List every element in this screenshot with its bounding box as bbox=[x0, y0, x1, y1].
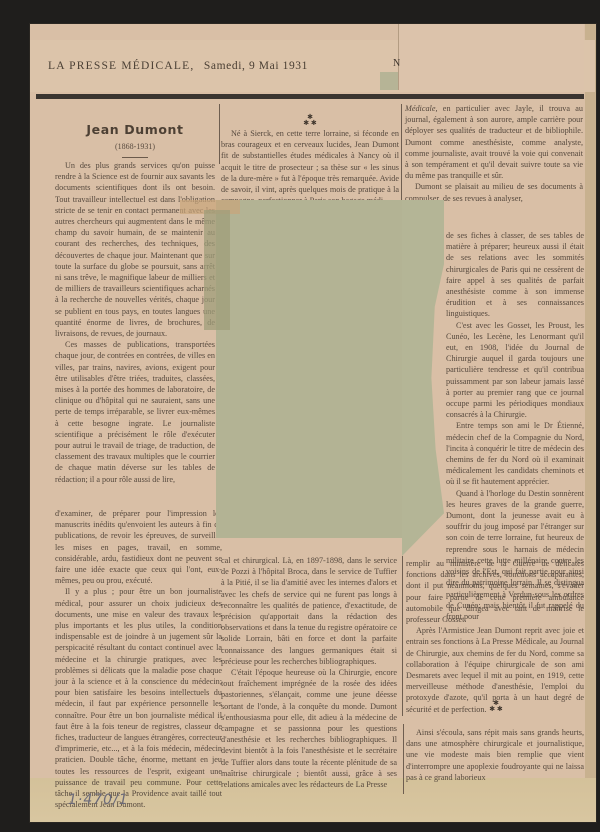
adhesive-tape-shadow bbox=[204, 210, 230, 330]
paragraph: Ainsi s'écoula, sans répit mais sans gra… bbox=[406, 727, 584, 783]
header-rule bbox=[36, 94, 584, 99]
middle-column-top: Né à Sierck, en cette terre lorraine, si… bbox=[221, 128, 399, 206]
column-rule bbox=[402, 556, 403, 716]
paragraph: remplir au ministère de la Guerre de dél… bbox=[406, 558, 584, 625]
publication-name: LA PRESSE MÉDICALE, bbox=[48, 60, 194, 72]
right-column-top: Médicale, en particulier avec Jayle, il … bbox=[405, 103, 583, 204]
paragraph: Un des plus grands services qu'on puisse… bbox=[55, 160, 215, 339]
paragraph: de ses fiches à classer, de ses tables d… bbox=[446, 230, 584, 320]
overlay-paper-slip bbox=[398, 24, 584, 90]
right-column-end: Ainsi s'écoula, sans répit mais sans gra… bbox=[406, 727, 584, 783]
paragraph: C'est avec les Gosset, les Proust, les C… bbox=[446, 320, 584, 421]
article-title: Jean Dumont bbox=[55, 122, 215, 137]
asterism-icon: ✱✱ ✱ bbox=[290, 114, 330, 126]
column-rule bbox=[219, 104, 220, 164]
paragraph: Entre temps son ami le Dr Étienné, médec… bbox=[446, 420, 584, 487]
handwritten-reference: 1·470/1 bbox=[68, 792, 129, 808]
article-title-block: Jean Dumont (1868-1931) bbox=[55, 122, 215, 158]
column-rule bbox=[403, 724, 404, 794]
masthead-fragment: N bbox=[393, 58, 400, 69]
mount-right-strip bbox=[585, 24, 596, 822]
left-column-continued: d'examiner, de préparer pour l'impressio… bbox=[55, 508, 222, 810]
mount-patch bbox=[216, 200, 402, 538]
asterism-icon: ✱✱ ✱ bbox=[476, 700, 516, 712]
italic-lead: Médicale, bbox=[405, 104, 438, 113]
middle-column-bottom: cal et chirurgical. Là, en 1897-1898, da… bbox=[221, 555, 397, 790]
paragraph: C'était l'époque heureuse où la Chirurgi… bbox=[221, 667, 397, 790]
article-dates: (1868-1931) bbox=[55, 142, 215, 151]
paragraph: en particulier avec Jayle, il trouva au … bbox=[405, 104, 583, 180]
column-rule bbox=[401, 104, 402, 200]
right-column-lower: remplir au ministère de la Guerre de dél… bbox=[406, 558, 584, 715]
paragraph: Il y a plus ; pour être un bon journalis… bbox=[55, 586, 222, 810]
paragraph: d'examiner, de préparer pour l'impressio… bbox=[55, 508, 222, 586]
green-mount-edge bbox=[380, 72, 398, 90]
paragraph: Né à Sierck, en cette terre lorraine, si… bbox=[221, 128, 399, 206]
masthead: LA PRESSE MÉDICALE, Samedi, 9 Mai 1931 bbox=[48, 60, 308, 72]
paragraph: Ces masses de publications, transportées… bbox=[55, 339, 215, 485]
paragraph: cal et chirurgical. Là, en 1897-1898, da… bbox=[221, 555, 397, 667]
title-rule bbox=[122, 157, 148, 158]
issue-date: Samedi, 9 Mai 1931 bbox=[204, 60, 308, 72]
